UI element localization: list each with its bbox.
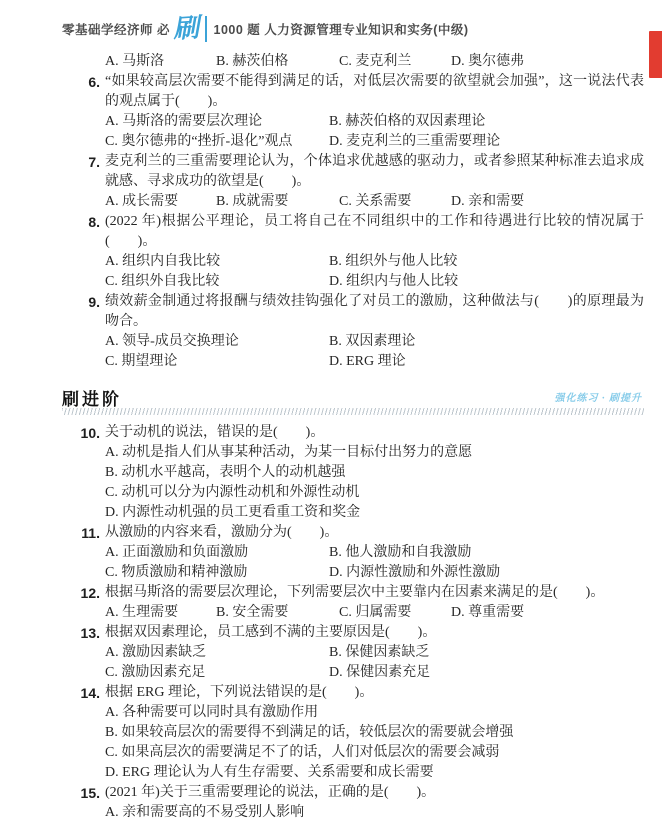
answer-option: C. 奥尔德弗的“挫折-退化”观点 xyxy=(105,132,329,152)
options-row: A. 马斯洛B. 赫茨伯格C. 麦克利兰D. 奥尔德弗 xyxy=(78,52,644,72)
answer-option: D. 内源性动机强的员工更看重工资和奖金 xyxy=(105,503,644,523)
section-title: 刷进阶 xyxy=(62,390,122,410)
question: 7.麦克利兰的三重需要理论认为，个体追求优越感的驱动力，或者参照某种标准去追求成… xyxy=(78,152,644,212)
answer-option: A. 成长需要 xyxy=(105,192,216,212)
answer-option: B. 成就需要 xyxy=(216,192,339,212)
question-stem: 麦克利兰的三重需要理论认为，个体追求优越感的驱动力，或者参照某种标准去追求成就感… xyxy=(105,152,644,192)
question: 6.“如果较高层次需要不能得到满足的话，对低层次需要的欲望就会加强”，这一说法代… xyxy=(78,72,644,152)
answer-option: A. 动机是指人们从事某种活动，为某一目标付出努力的意愿 xyxy=(105,443,644,463)
answer-option: C. 物质激励和精神激励 xyxy=(105,563,329,583)
answer-option: A. 生理需要 xyxy=(105,603,216,623)
answer-option: A. 马斯洛 xyxy=(105,52,216,72)
header-divider-bar xyxy=(205,16,207,42)
question-number: 14. xyxy=(78,683,100,703)
answer-option: A. 激励因素缺乏 xyxy=(105,643,329,663)
answer-option: D. 保健因素充足 xyxy=(329,663,644,683)
question: 12.根据马斯洛的需要层次理论，下列需要层次中主要靠内在因素来满足的是( )。A… xyxy=(78,583,644,623)
question-body: (2022 年)根据公平理论，员工将自己在不同组织中的工作和待遇进行比较的情况属… xyxy=(105,212,644,292)
header-book-title: 1000 题 人力资源管理专业知识和实务(中级) xyxy=(214,20,469,38)
answer-option: D. 组织内与他人比较 xyxy=(329,272,644,292)
book-page: 零基础学经济师 必 刷 1000 题 人力资源管理专业知识和实务(中级) A. … xyxy=(0,0,662,827)
answer-option: C. 麦克利兰 xyxy=(339,52,451,72)
question-number: 6. xyxy=(78,72,100,92)
answer-option: C. 动机可以分为内源性动机和外源性动机 xyxy=(105,483,644,503)
question-stem: (2022 年)根据公平理论，员工将自己在不同组织中的工作和待遇进行比较的情况属… xyxy=(105,212,644,252)
answer-option: B. 组织外与他人比较 xyxy=(329,252,644,272)
options-row: A. 激励因素缺乏B. 保健因素缺乏C. 激励因素充足D. 保健因素充足 xyxy=(105,643,644,683)
options-row: A. 正面激励和负面激励B. 他人激励和自我激励C. 物质激励和精神激励D. 内… xyxy=(105,543,644,583)
answer-option: B. 动机水平越高，表明个人的动机越强 xyxy=(105,463,644,483)
answer-option: C. 激励因素充足 xyxy=(105,663,329,683)
question-body: 绩效薪金制通过将报酬与绩效挂钩强化了对员工的激励，这种做法与( )的原理最为吻合… xyxy=(105,292,644,372)
questions-area: A. 马斯洛B. 赫茨伯格C. 麦克利兰D. 奥尔德弗6.“如果较高层次需要不能… xyxy=(78,52,644,823)
question-body: “如果较高层次需要不能得到满足的话，对低层次需要的欲望就会加强”，这一说法代表的… xyxy=(105,72,644,152)
question-stem: 关于动机的说法，错误的是( )。 xyxy=(105,423,644,443)
answer-option: A. 各种需要可以同时具有激励作用 xyxy=(105,703,644,723)
answer-option: B. 赫茨伯格的双因素理论 xyxy=(329,112,644,132)
question-body: 根据马斯洛的需要层次理论，下列需要层次中主要靠内在因素来满足的是( )。A. 生… xyxy=(105,583,644,623)
answer-option: B. 如果较高层次的需要得不到满足的话，较低层次的需要就会增强 xyxy=(105,723,644,743)
answer-option: A. 组织内自我比较 xyxy=(105,252,329,272)
question: 13.根据双因素理论，员工感到不满的主要原因是( )。A. 激励因素缺乏B. 保… xyxy=(78,623,644,683)
question: 10.关于动机的说法，错误的是( )。A. 动机是指人们从事某种活动，为某一目标… xyxy=(78,423,644,523)
question-number: 15. xyxy=(78,783,100,803)
answer-option: B. 双因素理论 xyxy=(329,332,644,352)
question-body: 根据双因素理论，员工感到不满的主要原因是( )。A. 激励因素缺乏B. 保健因素… xyxy=(105,623,644,683)
options-row: A. 马斯洛的需要层次理论B. 赫茨伯格的双因素理论C. 奥尔德弗的“挫折-退化… xyxy=(105,112,644,152)
question-number: 11. xyxy=(78,523,100,543)
answer-option: C. 期望理论 xyxy=(105,352,329,372)
answer-option: C. 归属需要 xyxy=(339,603,451,623)
answer-option: A. 正面激励和负面激励 xyxy=(105,543,329,563)
header-brand-text: 零基础学经济师 必 xyxy=(62,20,170,38)
question-number: 13. xyxy=(78,623,100,643)
question-stem: 根据 ERG 理论，下列说法错误的是( )。 xyxy=(105,683,644,703)
question-stem: 根据双因素理论，员工感到不满的主要原因是( )。 xyxy=(105,623,644,643)
chapter-edge-tab xyxy=(649,31,662,78)
options-row: A. 亲和需要高的不易受别人影响 xyxy=(105,803,644,823)
question-body: 关于动机的说法，错误的是( )。A. 动机是指人们从事某种活动，为某一目标付出努… xyxy=(105,423,644,523)
answer-option: D. 麦克利兰的三重需要理论 xyxy=(329,132,644,152)
options-row: A. 领导-成员交换理论B. 双因素理论C. 期望理论D. ERG 理论 xyxy=(105,332,644,372)
page-header: 零基础学经济师 必 刷 1000 题 人力资源管理专业知识和实务(中级) xyxy=(62,16,469,42)
question-number: 8. xyxy=(78,212,100,232)
question-stem: 绩效薪金制通过将报酬与绩效挂钩强化了对员工的激励，这种做法与( )的原理最为吻合… xyxy=(105,292,644,332)
answer-option: D. ERG 理论 xyxy=(329,352,644,372)
answer-option: A. 亲和需要高的不易受别人影响 xyxy=(105,803,644,823)
question: 15.(2021 年)关于三重需要理论的说法，正确的是( )。A. 亲和需要高的… xyxy=(78,783,644,823)
question-body: 从激励的内容来看，激励分为( )。A. 正面激励和负面激励B. 他人激励和自我激… xyxy=(105,523,644,583)
question-stem: (2021 年)关于三重需要理论的说法，正确的是( )。 xyxy=(105,783,644,803)
answer-option: D. 奥尔德弗 xyxy=(451,52,644,72)
options-row: A. 动机是指人们从事某种活动，为某一目标付出努力的意愿B. 动机水平越高，表明… xyxy=(105,443,644,523)
answer-option: C. 关系需要 xyxy=(339,192,451,212)
question-number: 12. xyxy=(78,583,100,603)
answer-option: B. 他人激励和自我激励 xyxy=(329,543,644,563)
section-divider: 刷进阶强化练习 · 刷提升 xyxy=(62,385,644,415)
options-row: A. 组织内自我比较B. 组织外与他人比较C. 组织外自我比较D. 组织内与他人… xyxy=(105,252,644,292)
options-row: A. 生理需要B. 安全需要C. 归属需要D. 尊重需要 xyxy=(105,603,644,623)
question-stem: “如果较高层次需要不能得到满足的话，对低层次需要的欲望就会加强”，这一说法代表的… xyxy=(105,72,644,112)
question-body: (2021 年)关于三重需要理论的说法，正确的是( )。A. 亲和需要高的不易受… xyxy=(105,783,644,823)
question-number: 10. xyxy=(78,423,100,443)
question-stem: 根据马斯洛的需要层次理论，下列需要层次中主要靠内在因素来满足的是( )。 xyxy=(105,583,644,603)
question-stem: 从激励的内容来看，激励分为( )。 xyxy=(105,523,644,543)
question-body: 根据 ERG 理论，下列说法错误的是( )。A. 各种需要可以同时具有激励作用B… xyxy=(105,683,644,783)
answer-option: D. 亲和需要 xyxy=(451,192,644,212)
answer-option: C. 如果高层次的需要满足不了的话，人们对低层次的需要会减弱 xyxy=(105,743,644,763)
question: 9.绩效薪金制通过将报酬与绩效挂钩强化了对员工的激励，这种做法与( )的原理最为… xyxy=(78,292,644,372)
question-body: 麦克利兰的三重需要理论认为，个体追求优越感的驱动力，或者参照某种标准去追求成就感… xyxy=(105,152,644,212)
answer-option: B. 安全需要 xyxy=(216,603,339,623)
answer-option: A. 马斯洛的需要层次理论 xyxy=(105,112,329,132)
options-row: A. 成长需要B. 成就需要C. 关系需要D. 亲和需要 xyxy=(105,192,644,212)
section-tagline: 强化练习 · 刷提升 xyxy=(555,389,643,409)
answer-option: D. 内源性激励和外源性激励 xyxy=(329,563,644,583)
answer-option: B. 保健因素缺乏 xyxy=(329,643,644,663)
section-hatch-underline xyxy=(62,408,644,415)
brand-shua-logo: 刷 xyxy=(172,15,200,43)
answer-option: A. 领导-成员交换理论 xyxy=(105,332,329,352)
answer-option: D. ERG 理论认为人有生存需要、关系需要和成长需要 xyxy=(105,763,644,783)
answer-option: C. 组织外自我比较 xyxy=(105,272,329,292)
options-row: A. 各种需要可以同时具有激励作用B. 如果较高层次的需要得不到满足的话，较低层… xyxy=(105,703,644,783)
question-number: 7. xyxy=(78,152,100,172)
question-number: 9. xyxy=(78,292,100,312)
question: 11.从激励的内容来看，激励分为( )。A. 正面激励和负面激励B. 他人激励和… xyxy=(78,523,644,583)
answer-option: D. 尊重需要 xyxy=(451,603,644,623)
question: 8.(2022 年)根据公平理论，员工将自己在不同组织中的工作和待遇进行比较的情… xyxy=(78,212,644,292)
question: 14.根据 ERG 理论，下列说法错误的是( )。A. 各种需要可以同时具有激励… xyxy=(78,683,644,783)
answer-option: B. 赫茨伯格 xyxy=(216,52,339,72)
